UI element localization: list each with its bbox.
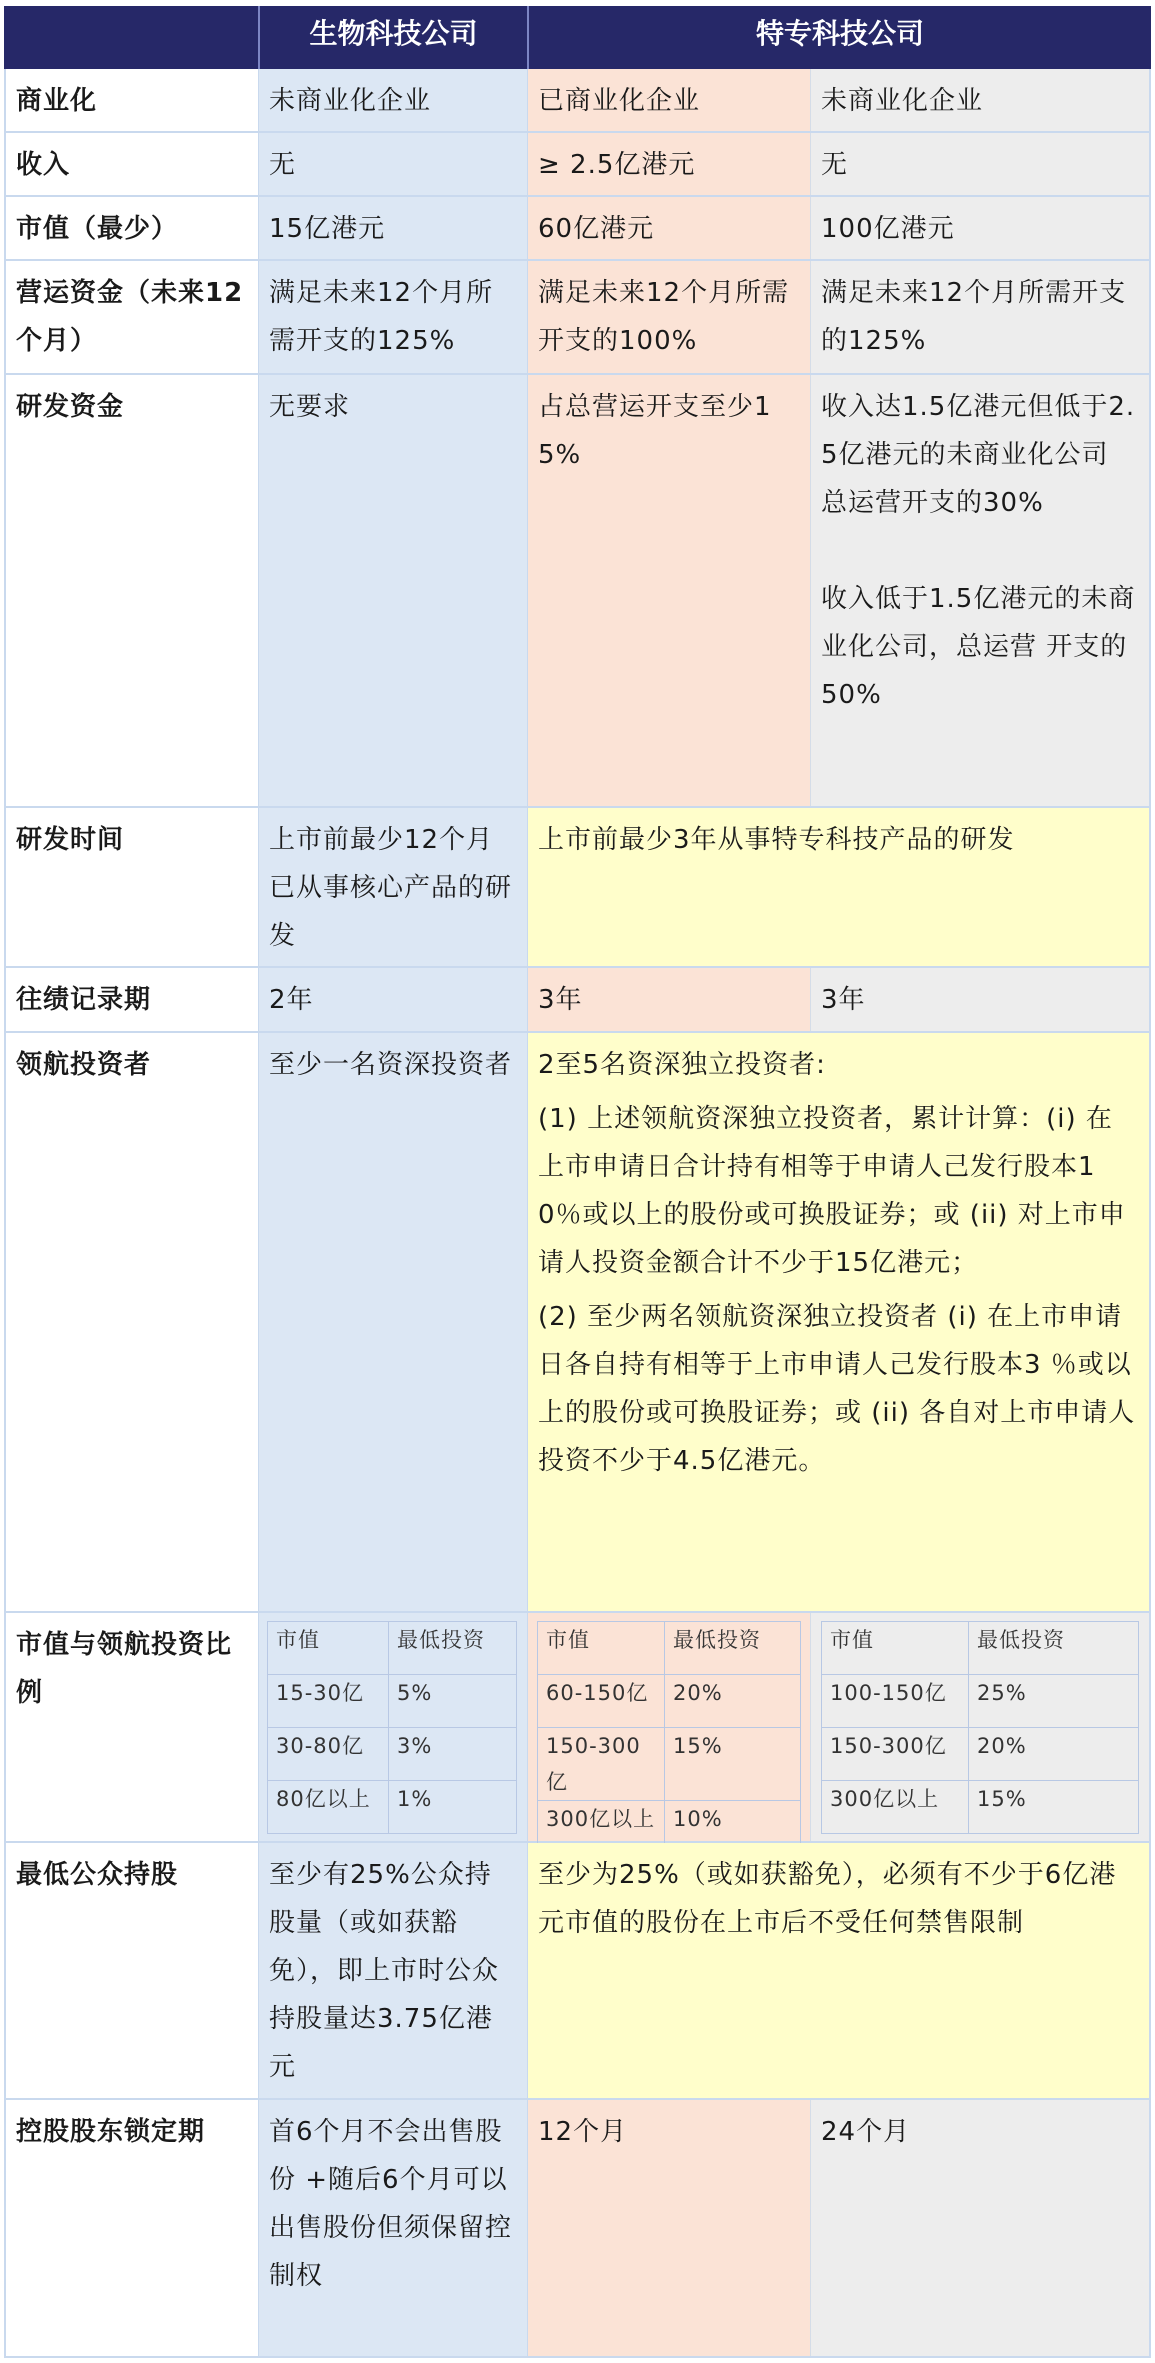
rd-funding-tier-2: 收入低于1.5亿港元的未商业化公司，总运营 开支的50% — [821, 575, 1139, 719]
row-label: 研发资金 — [4, 375, 258, 806]
ratio-cap: 300亿以上 — [822, 1781, 969, 1834]
ratio-row: 300亿以上 15% — [822, 1781, 1139, 1834]
cell-biotech: 无要求 — [258, 375, 527, 806]
ratio-header-row: 市值 最低投资 — [822, 1622, 1139, 1675]
cell-non-commercialized: 3年 — [810, 968, 1151, 1031]
ratio-row: 80亿以上 1% — [268, 1781, 517, 1834]
cell-biotech: 未商业化企业 — [258, 69, 527, 131]
ratio-table-non-commercialized: 市值 最低投资 100-150亿 25% 150-300亿 20% 300亿以上… — [821, 1621, 1139, 1834]
cell-commercialized: 已商业化企业 — [527, 69, 810, 131]
row-label: 商业化 — [4, 69, 258, 131]
ratio-min: 1% — [389, 1781, 517, 1834]
ratio-header-min: 最低投资 — [665, 1622, 801, 1675]
cell-non-commercialized: 100亿港元 — [810, 197, 1151, 259]
cell-non-commercialized: 未商业化企业 — [810, 69, 1151, 131]
ratio-header-cap: 市值 — [822, 1622, 969, 1675]
ratio-cap: 150-300亿 — [538, 1728, 665, 1801]
ratio-header-cap: 市值 — [268, 1622, 389, 1675]
ratio-min: 3% — [389, 1728, 517, 1781]
table-row-public-float: 最低公众持股 至少有25%公众持股量（或如获豁免），即上市时公众持股量达3.75… — [4, 1843, 1151, 2100]
cell-commercialized: 满足未来12个月所需开支的100% — [527, 261, 810, 373]
ratio-cap: 80亿以上 — [268, 1781, 389, 1834]
table-row-track-record: 往绩记录期 2年 3年 3年 — [4, 968, 1151, 1033]
ratio-cap: 15-30亿 — [268, 1675, 389, 1728]
row-label: 研发时间 — [4, 808, 258, 966]
table-row-investment-ratio: 市值与领航投资比例 市值 最低投资 15-30亿 5% 30-80亿 3% 80… — [4, 1613, 1151, 1843]
table-row-working-capital: 营运资金（未来12个月） 满足未来12个月所需开支的125% 满足未来12个月所… — [4, 261, 1151, 375]
ratio-row: 60-150亿 20% — [538, 1675, 801, 1728]
ratio-row: 15-30亿 5% — [268, 1675, 517, 1728]
ratio-header-min: 最低投资 — [389, 1622, 517, 1675]
ratio-row: 150-300亿 15% — [538, 1728, 801, 1801]
table-row-commercialization: 商业化 未商业化企业 已商业化企业 未商业化企业 — [4, 69, 1151, 133]
cell-commercialized: 占总营运开支至少15% — [527, 375, 810, 806]
table-row-lead-investors: 领航投资者 至少一名资深投资者 2至5名资深独立投资者: (1) 上述领航资深独… — [4, 1033, 1151, 1613]
ratio-min: 20% — [969, 1728, 1139, 1781]
ratio-min: 5% — [389, 1675, 517, 1728]
cell-non-commercialized: 24个月 — [810, 2100, 1151, 2356]
table-row-revenue: 收入 无 ≥ 2.5亿港元 无 — [4, 133, 1151, 197]
ratio-min: 25% — [969, 1675, 1139, 1728]
cell-non-commercialized: 市值 最低投资 100-150亿 25% 150-300亿 20% 300亿以上… — [810, 1613, 1151, 1841]
cell-biotech: 至少一名资深投资者 — [258, 1033, 527, 1611]
cell-biotech: 首6个月不会出售股份 +随后6个月可以出售股份但须保留控制权 — [258, 2100, 527, 2356]
ratio-row: 30-80亿 3% — [268, 1728, 517, 1781]
ratio-min: 20% — [665, 1675, 801, 1728]
table-row-lockup-period: 控股股东锁定期 首6个月不会出售股份 +随后6个月可以出售股份但须保留控制权 1… — [4, 2100, 1151, 2358]
ratio-table-biotech: 市值 最低投资 15-30亿 5% 30-80亿 3% 80亿以上 1% — [267, 1621, 517, 1834]
cell-non-commercialized: 收入达1.5亿港元但低于2.5亿港元的未商业化公司 总运营开支的30% 收入低于… — [810, 375, 1151, 806]
table-header: 生物科技公司 特专科技公司 — [4, 6, 1151, 69]
ratio-cap: 150-300亿 — [822, 1728, 969, 1781]
cell-specialist-tech-merged: 2至5名资深独立投资者: (1) 上述领航资深独立投资者，累计计算：(i) 在上… — [527, 1033, 1151, 1611]
cell-biotech: 15亿港元 — [258, 197, 527, 259]
row-label: 最低公众持股 — [4, 1843, 258, 2098]
header-biotech: 生物科技公司 — [258, 6, 527, 69]
lead-investor-condition-1: (1) 上述领航资深独立投资者，累计计算：(i) 在上市申请日合计持有相等于申请… — [538, 1095, 1139, 1287]
ratio-cap: 30-80亿 — [268, 1728, 389, 1781]
rd-funding-tier-1: 收入达1.5亿港元但低于2.5亿港元的未商业化公司 总运营开支的30% — [821, 383, 1139, 527]
ratio-cap: 100-150亿 — [822, 1675, 969, 1728]
ratio-cap: 60-150亿 — [538, 1675, 665, 1728]
ratio-min: 15% — [969, 1781, 1139, 1834]
cell-commercialized: 60亿港元 — [527, 197, 810, 259]
row-label: 市值与领航投资比例 — [4, 1613, 258, 1841]
cell-biotech: 满足未来12个月所需开支的125% — [258, 261, 527, 373]
ratio-header-cap: 市值 — [538, 1622, 665, 1675]
lead-investor-condition-2: (2) 至少两名领航资深独立投资者 (i) 在上市申请日各自持有相等于上市申请人… — [538, 1293, 1139, 1485]
cell-non-commercialized: 无 — [810, 133, 1151, 195]
table-row-rd-period: 研发时间 上市前最少12个月已从事核心产品的研发 上市前最少3年从事特专科技产品… — [4, 808, 1151, 968]
cell-commercialized: 3年 — [527, 968, 810, 1031]
cell-commercialized: ≥ 2.5亿港元 — [527, 133, 810, 195]
table-row-rd-funding: 研发资金 无要求 占总营运开支至少15% 收入达1.5亿港元但低于2.5亿港元的… — [4, 375, 1151, 808]
cell-commercialized: 12个月 — [527, 2100, 810, 2356]
cell-specialist-tech-merged: 至少为25%（或如获豁免），必须有不少于6亿港元市值的股份在上市后不受任何禁售限… — [527, 1843, 1151, 2098]
cell-biotech: 市值 最低投资 15-30亿 5% 30-80亿 3% 80亿以上 1% — [258, 1613, 527, 1841]
ratio-header-row: 市值 最低投资 — [268, 1622, 517, 1675]
ratio-row: 100-150亿 25% — [822, 1675, 1139, 1728]
row-label: 控股股东锁定期 — [4, 2100, 258, 2356]
cell-non-commercialized: 满足未来12个月所需开支的125% — [810, 261, 1151, 373]
cell-biotech: 无 — [258, 133, 527, 195]
row-label: 领航投资者 — [4, 1033, 258, 1611]
row-label: 往绩记录期 — [4, 968, 258, 1031]
cell-biotech: 上市前最少12个月已从事核心产品的研发 — [258, 808, 527, 966]
row-label: 收入 — [4, 133, 258, 195]
row-label: 市值（最少） — [4, 197, 258, 259]
ratio-row: 150-300亿 20% — [822, 1728, 1139, 1781]
row-label: 营运资金（未来12个月） — [4, 261, 258, 373]
cell-specialist-tech-merged: 上市前最少3年从事特专科技产品的研发 — [527, 808, 1151, 966]
spacer — [821, 527, 1139, 575]
ratio-header-row: 市值 最低投资 — [538, 1622, 801, 1675]
table-row-market-cap: 市值（最少） 15亿港元 60亿港元 100亿港元 — [4, 197, 1151, 261]
header-specialist-tech: 特专科技公司 — [527, 6, 1151, 69]
cell-biotech: 2年 — [258, 968, 527, 1031]
ratio-min: 15% — [665, 1728, 801, 1801]
cell-biotech: 至少有25%公众持股量（或如获豁免），即上市时公众持股量达3.75亿港元 — [258, 1843, 527, 2098]
ratio-header-min: 最低投资 — [969, 1622, 1139, 1675]
cell-commercialized: 市值 最低投资 60-150亿 20% 150-300亿 15% 300亿以上 … — [527, 1613, 810, 1841]
ratio-table-commercialized: 市值 最低投资 60-150亿 20% 150-300亿 15% 300亿以上 … — [537, 1621, 801, 1854]
header-corner — [4, 6, 258, 69]
lead-investor-intro: 2至5名资深独立投资者: — [538, 1041, 1139, 1089]
